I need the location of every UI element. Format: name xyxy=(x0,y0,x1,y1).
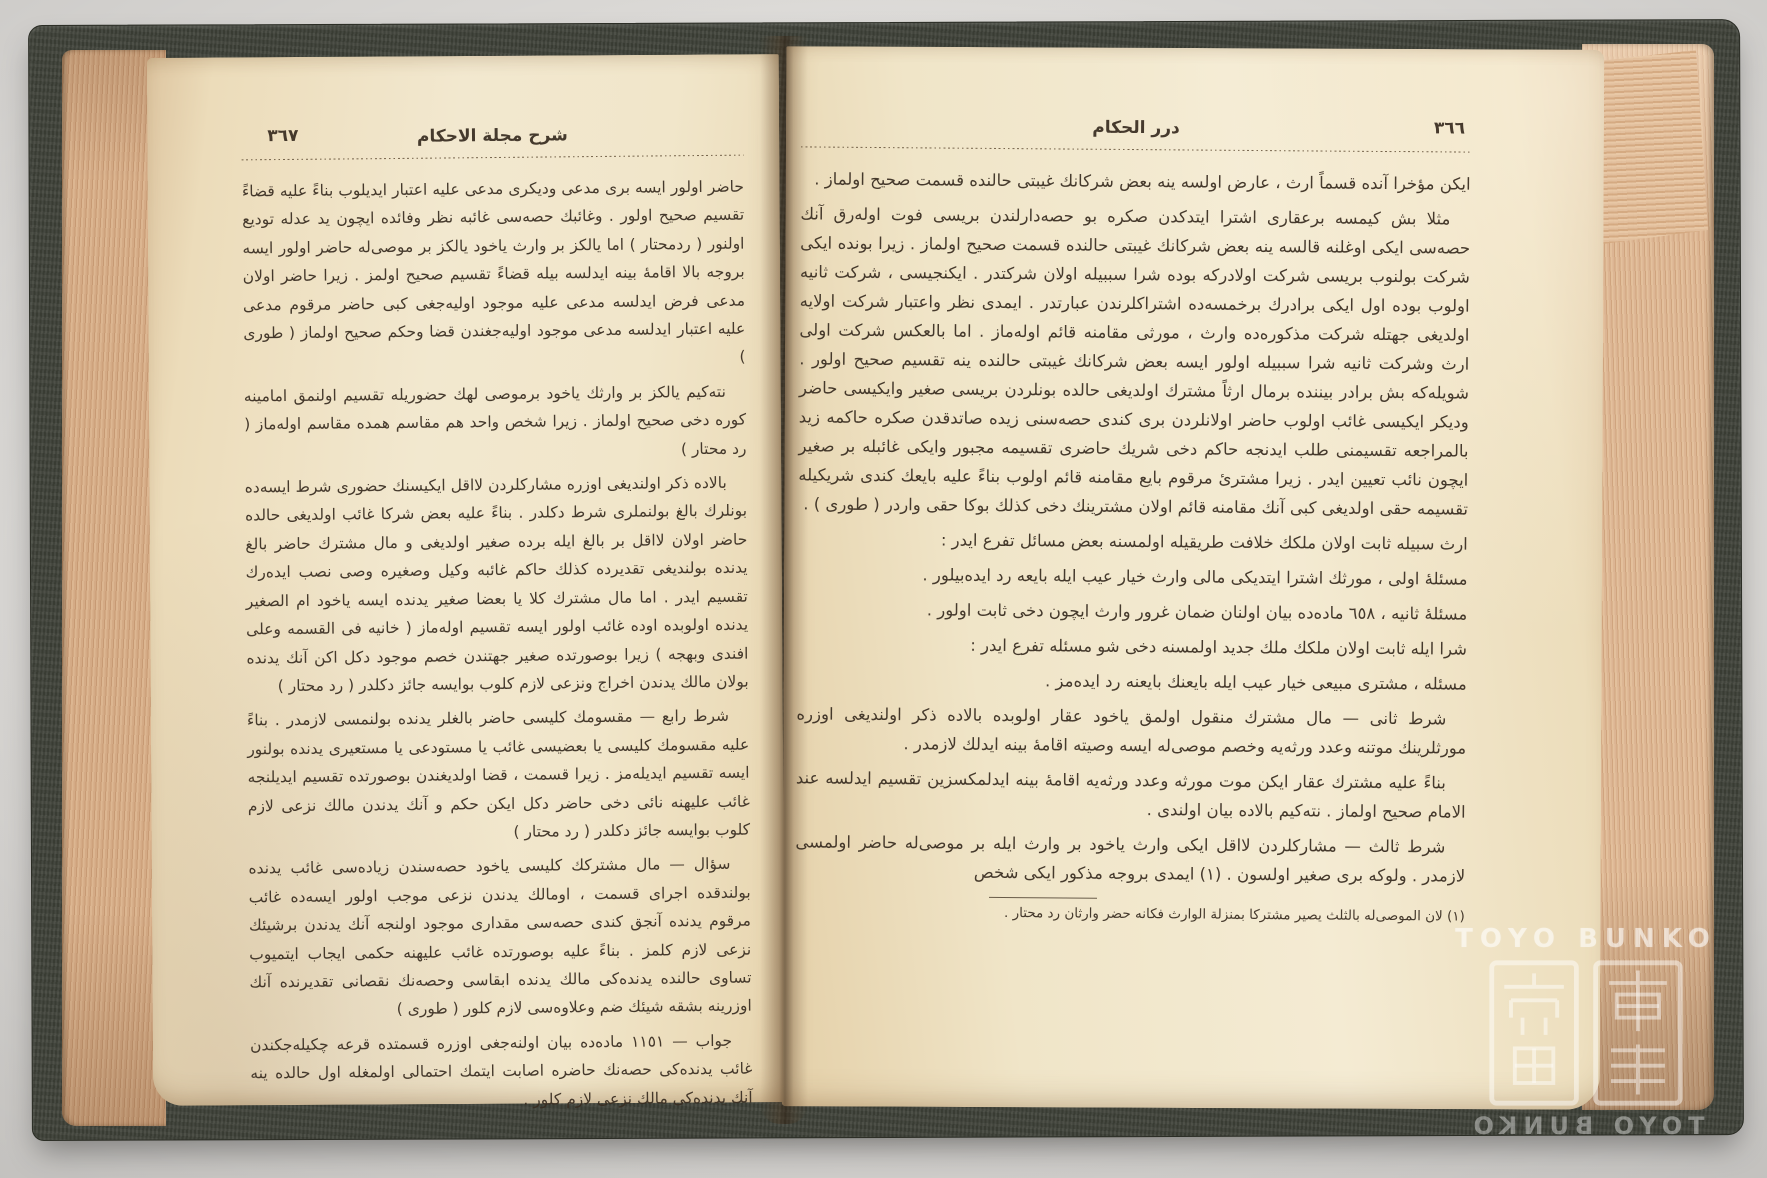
watermark-text-mirrored: TOYO BUNKO xyxy=(1430,1112,1742,1140)
paragraph: مسئلهٔ اولى ، مورثك اشترا ايتديكى مالى و… xyxy=(797,559,1467,593)
toyo-bunko-seal-icon xyxy=(1483,958,1689,1108)
paragraph: شرط رابع — مقسومك كليسى حاضر بالغلر يدند… xyxy=(247,702,750,849)
running-title: شرح مجلة الاحكام xyxy=(241,120,743,153)
paragraph: حاضر اولور ايسه برى مدعى وديكرى مدعى علي… xyxy=(242,173,746,377)
paragraph: بالاده ذكر اولنديغى اوزره مشاركلردن لااق… xyxy=(245,469,749,701)
paragraph: ارث سبيله ثابت اولان ملكك خلافت طريقيله … xyxy=(798,524,1468,558)
right-page-text: ٣٦٦ درر الحكام ايكن مؤخرا آنده قسماً ارث… xyxy=(795,107,1471,926)
paragraph: مسئله ، مشترى مبيعى خيار عيب ايله بايعنك… xyxy=(797,664,1467,698)
paragraph: مثلا بش كيمسه برعقارى اشترا ايتدكدن صكره… xyxy=(798,199,1470,523)
left-page-text: ٣٦٧ شرح مجلة الاحكام حاضر اولور ايسه برى… xyxy=(241,116,753,1117)
paragraph: سؤال — مال مشتركك كليسى ياخود حصه‌سندن ز… xyxy=(248,850,752,1025)
paragraph: بناءً عليه مشترك عقار ايكن موت مورثه وعد… xyxy=(796,763,1466,826)
left-page-header: ٣٦٧ شرح مجلة الاحكام xyxy=(241,116,743,157)
paragraph: جواب — ١١٥١ ماده‌ده بيان اولنه‌جغى اوزره… xyxy=(250,1026,753,1116)
running-title: درر الحكام xyxy=(801,111,1471,145)
paragraph: شرط ثانى — مال مشترك منقول اولمق ياخود ع… xyxy=(796,699,1466,762)
right-page-header: ٣٦٦ درر الحكام xyxy=(801,107,1471,148)
paragraph: مسئلهٔ ثانيه ، ٦٥٨ ماده‌ده بيان اولنان ض… xyxy=(797,594,1467,628)
footnote-rule xyxy=(989,897,1097,899)
watermark: TOYO BUNKO TOYO BUNKO xyxy=(1430,924,1742,1140)
photo-of-open-book: ٣٦٧ شرح مجلة الاحكام حاضر اولور ايسه برى… xyxy=(0,0,1767,1178)
paragraph: ايكن مؤخرا آنده قسماً ارث ، عارض اولسه ي… xyxy=(801,164,1471,198)
paragraph: شرط ثالث — مشاركلردن لااقل ايكى وارث ياخ… xyxy=(795,827,1465,890)
watermark-text: TOYO BUNKO xyxy=(1430,924,1742,954)
paragraph: نته‌كيم يالكز بر وارثك ياخود برموصى لهك … xyxy=(244,377,747,467)
paragraph: شرا ايله ثابت اولان ملكك ملك جديد اولمسن… xyxy=(797,629,1467,663)
